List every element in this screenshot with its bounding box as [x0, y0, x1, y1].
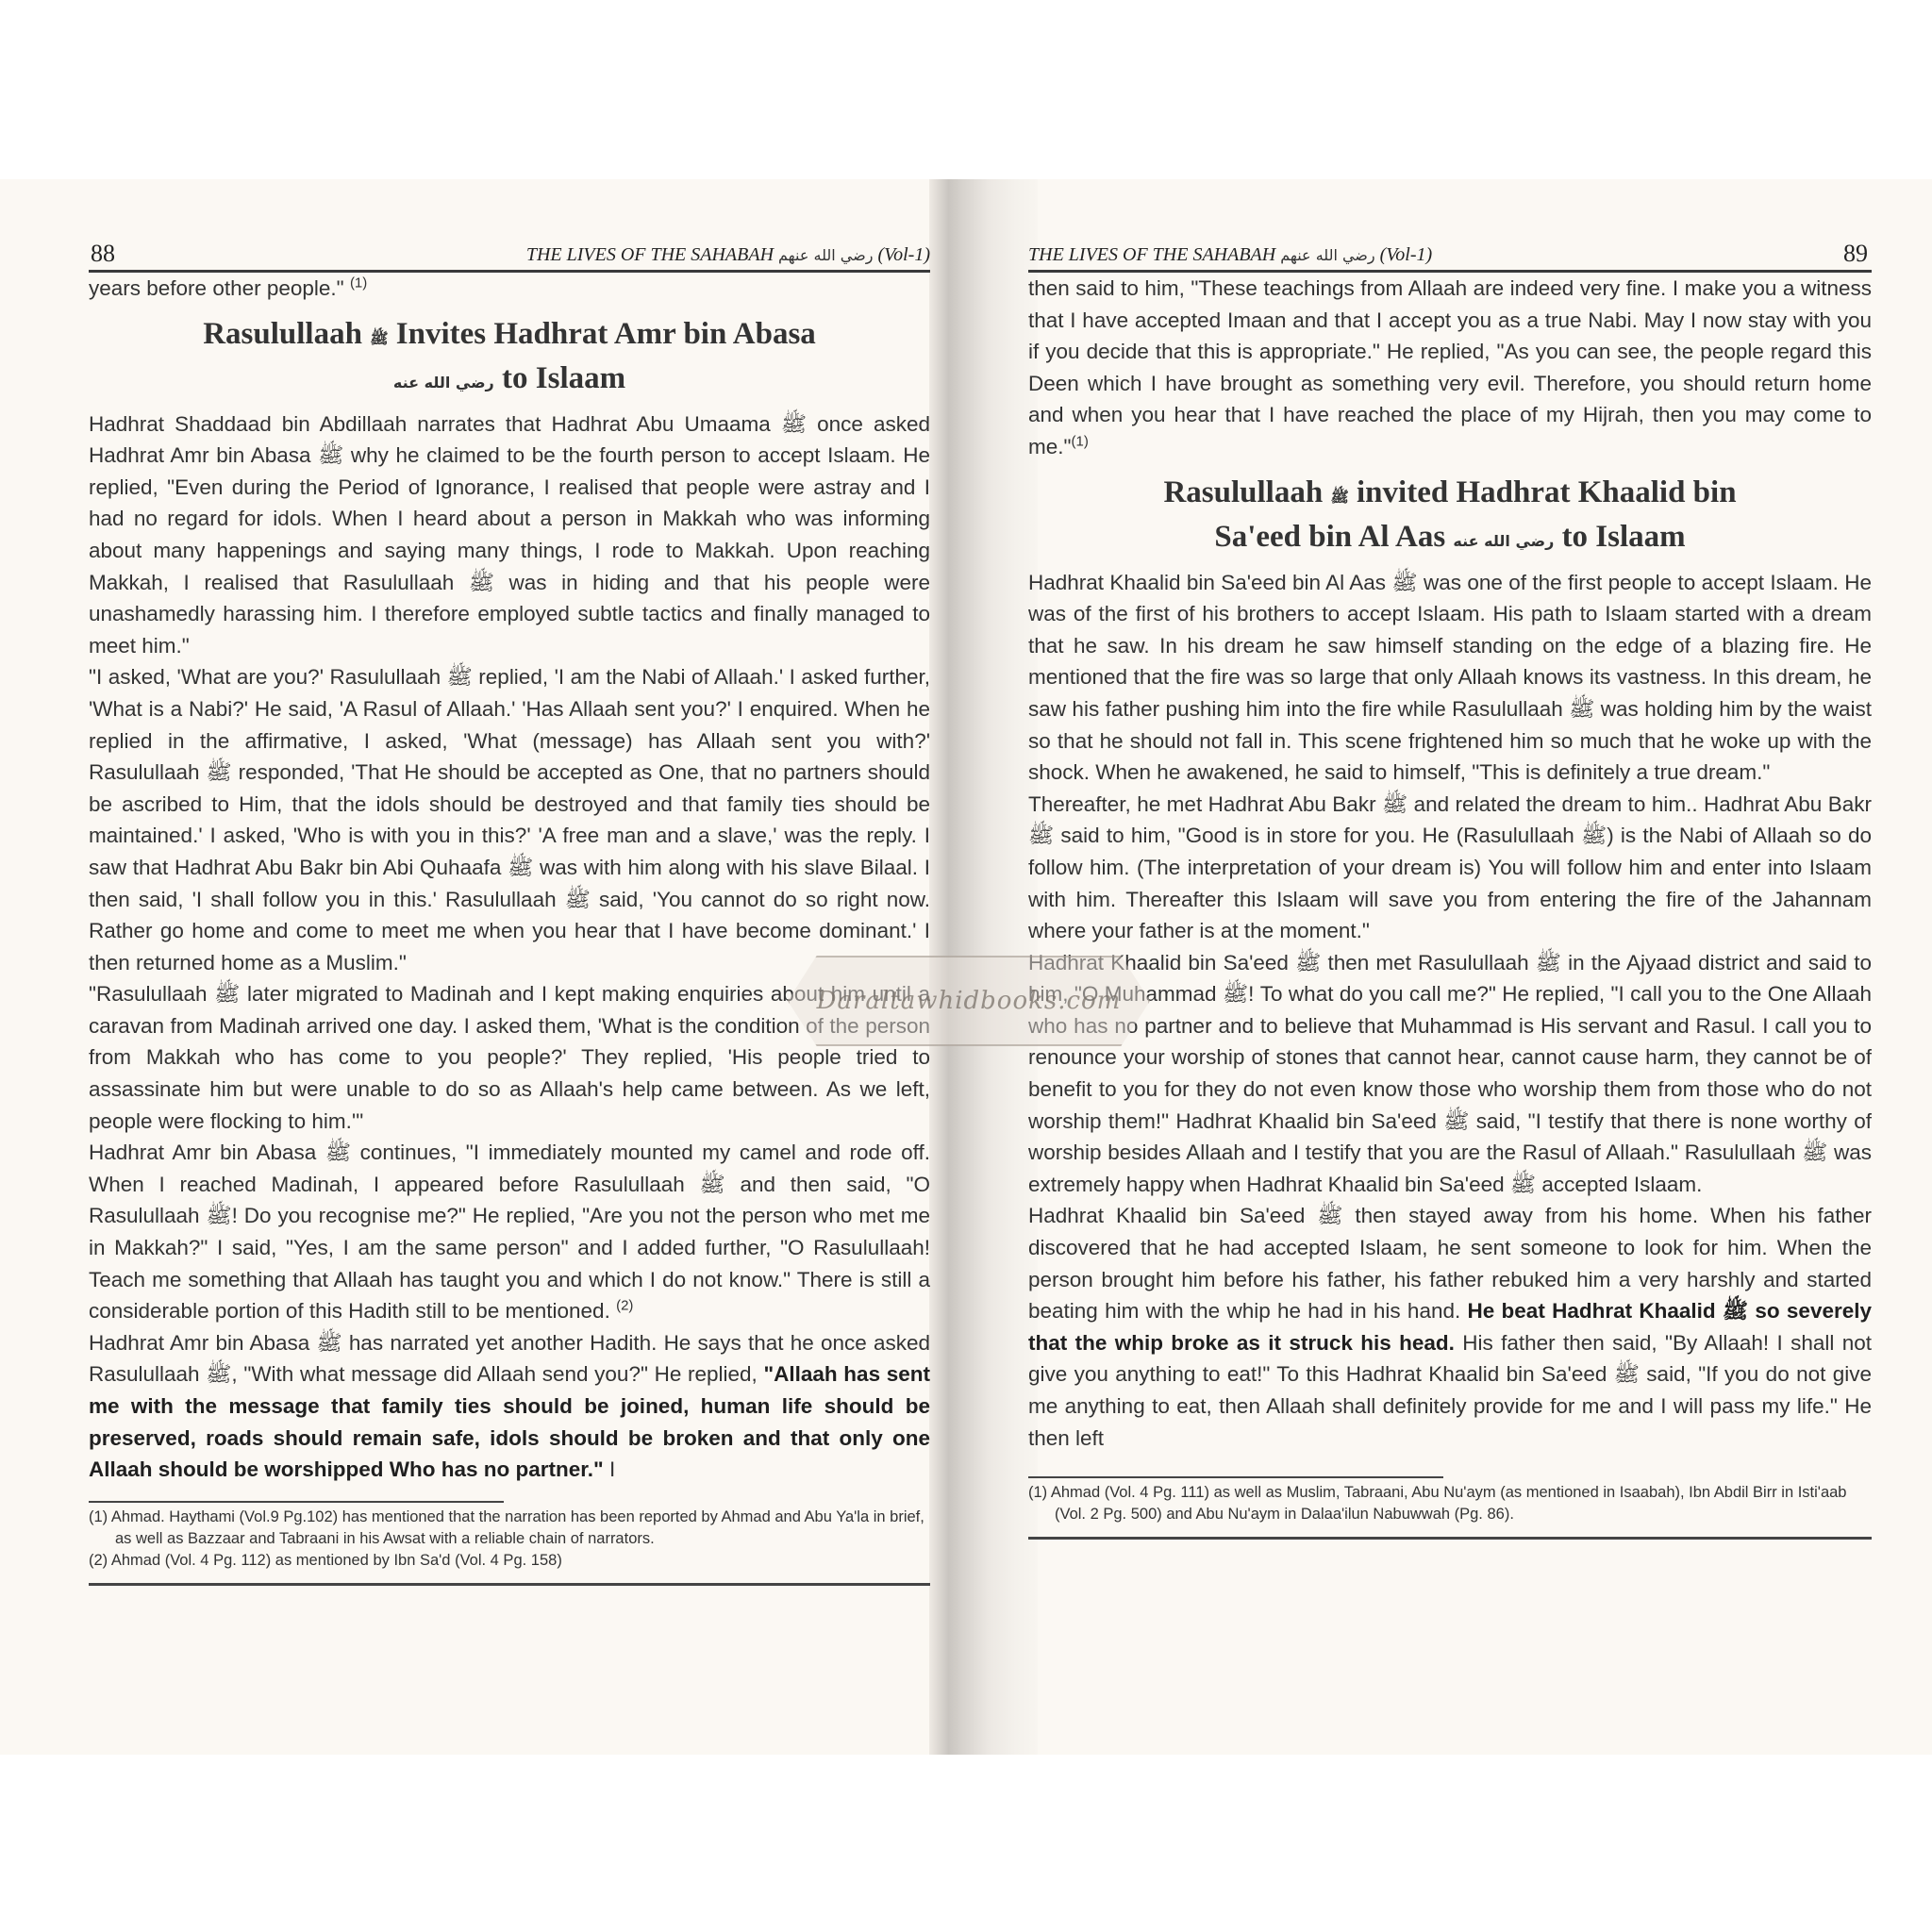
paragraph: Hadhrat Khaalid bin Sa'eed bin Al Aas ﷺ … — [1028, 567, 1872, 789]
honorific-icon: رضي الله عنه — [393, 374, 494, 391]
footnote: (1) Ahmad. Haythami (Vol.9 Pg.102) has m… — [89, 1507, 930, 1550]
page-number: 88 — [91, 240, 115, 268]
bottom-rule — [1028, 1537, 1872, 1540]
section-heading: Rasulullaah ﷺ invited Hadhrat Khaalid bi… — [1028, 473, 1872, 561]
footnote-ref: (1) — [1072, 433, 1089, 449]
paragraph: "I asked, 'What are you?' Rasulullaah ﷺ … — [89, 661, 930, 978]
page-body: then said to him, "These teachings from … — [1028, 273, 1872, 1454]
right-page: THE LIVES OF THE SAHABAH رضي الله عنهم (… — [1028, 236, 1872, 1540]
left-page: 88 THE LIVES OF THE SAHABAH رضي الله عنه… — [89, 236, 930, 1586]
running-title: THE LIVES OF THE SAHABAH رضي الله عنهم (… — [1028, 244, 1432, 266]
section-heading: Rasulullaah ﷺ Invites Hadhrat Amr bin Ab… — [89, 314, 930, 403]
paragraph: Hadhrat Khaalid bin Sa'eed ﷺ then met Ra… — [1028, 947, 1872, 1201]
paragraph: Thereafter, he met Hadhrat Abu Bakr ﷺ an… — [1028, 789, 1872, 947]
paragraph: Hadhrat Amr bin Abasa ﷺ continues, "I im… — [89, 1137, 930, 1327]
paragraph: Hadhrat Amr bin Abasa ﷺ has narrated yet… — [89, 1327, 930, 1486]
honorific-icon: رضي الله عنهم — [1280, 246, 1374, 264]
page-number: 89 — [1843, 240, 1868, 268]
watermark-logo: Daraltawhidbooks.com — [788, 956, 1150, 1046]
footnote-ref: (1) — [350, 275, 367, 291]
footnotes: (1) Ahmad. Haythami (Vol.9 Pg.102) has m… — [89, 1507, 930, 1572]
running-title: THE LIVES OF THE SAHABAH رضي الله عنهم (… — [526, 244, 930, 266]
footnote-divider — [1028, 1476, 1443, 1478]
running-header: 88 THE LIVES OF THE SAHABAH رضي الله عنه… — [89, 236, 930, 273]
continuation-text: years before other people." (1) — [89, 273, 930, 305]
honorific-icon: رضي الله عنهم — [778, 246, 873, 264]
running-header: THE LIVES OF THE SAHABAH رضي الله عنهم (… — [1028, 236, 1872, 273]
footnote-ref: (2) — [616, 1298, 633, 1314]
continuation-text: then said to him, "These teachings from … — [1028, 273, 1872, 463]
honorific-icon: ﷺ — [1330, 488, 1348, 506]
footnotes: (1) Ahmad (Vol. 4 Pg. 111) as well as Mu… — [1028, 1482, 1872, 1525]
footnote-divider — [89, 1501, 504, 1503]
honorific-icon: ﷺ — [370, 329, 388, 347]
page-body: years before other people." (1) Rasulull… — [89, 273, 930, 1486]
footnote: (2) Ahmad (Vol. 4 Pg. 112) as mentioned … — [89, 1550, 930, 1572]
honorific-icon: رضي الله عنه — [1453, 532, 1554, 550]
paragraph: Hadhrat Shaddaad bin Abdillaah narrates … — [89, 408, 930, 662]
bottom-rule — [89, 1583, 930, 1586]
paragraph: Hadhrat Khaalid bin Sa'eed ﷺ then stayed… — [1028, 1200, 1872, 1454]
footnote: (1) Ahmad (Vol. 4 Pg. 111) as well as Mu… — [1028, 1482, 1872, 1525]
